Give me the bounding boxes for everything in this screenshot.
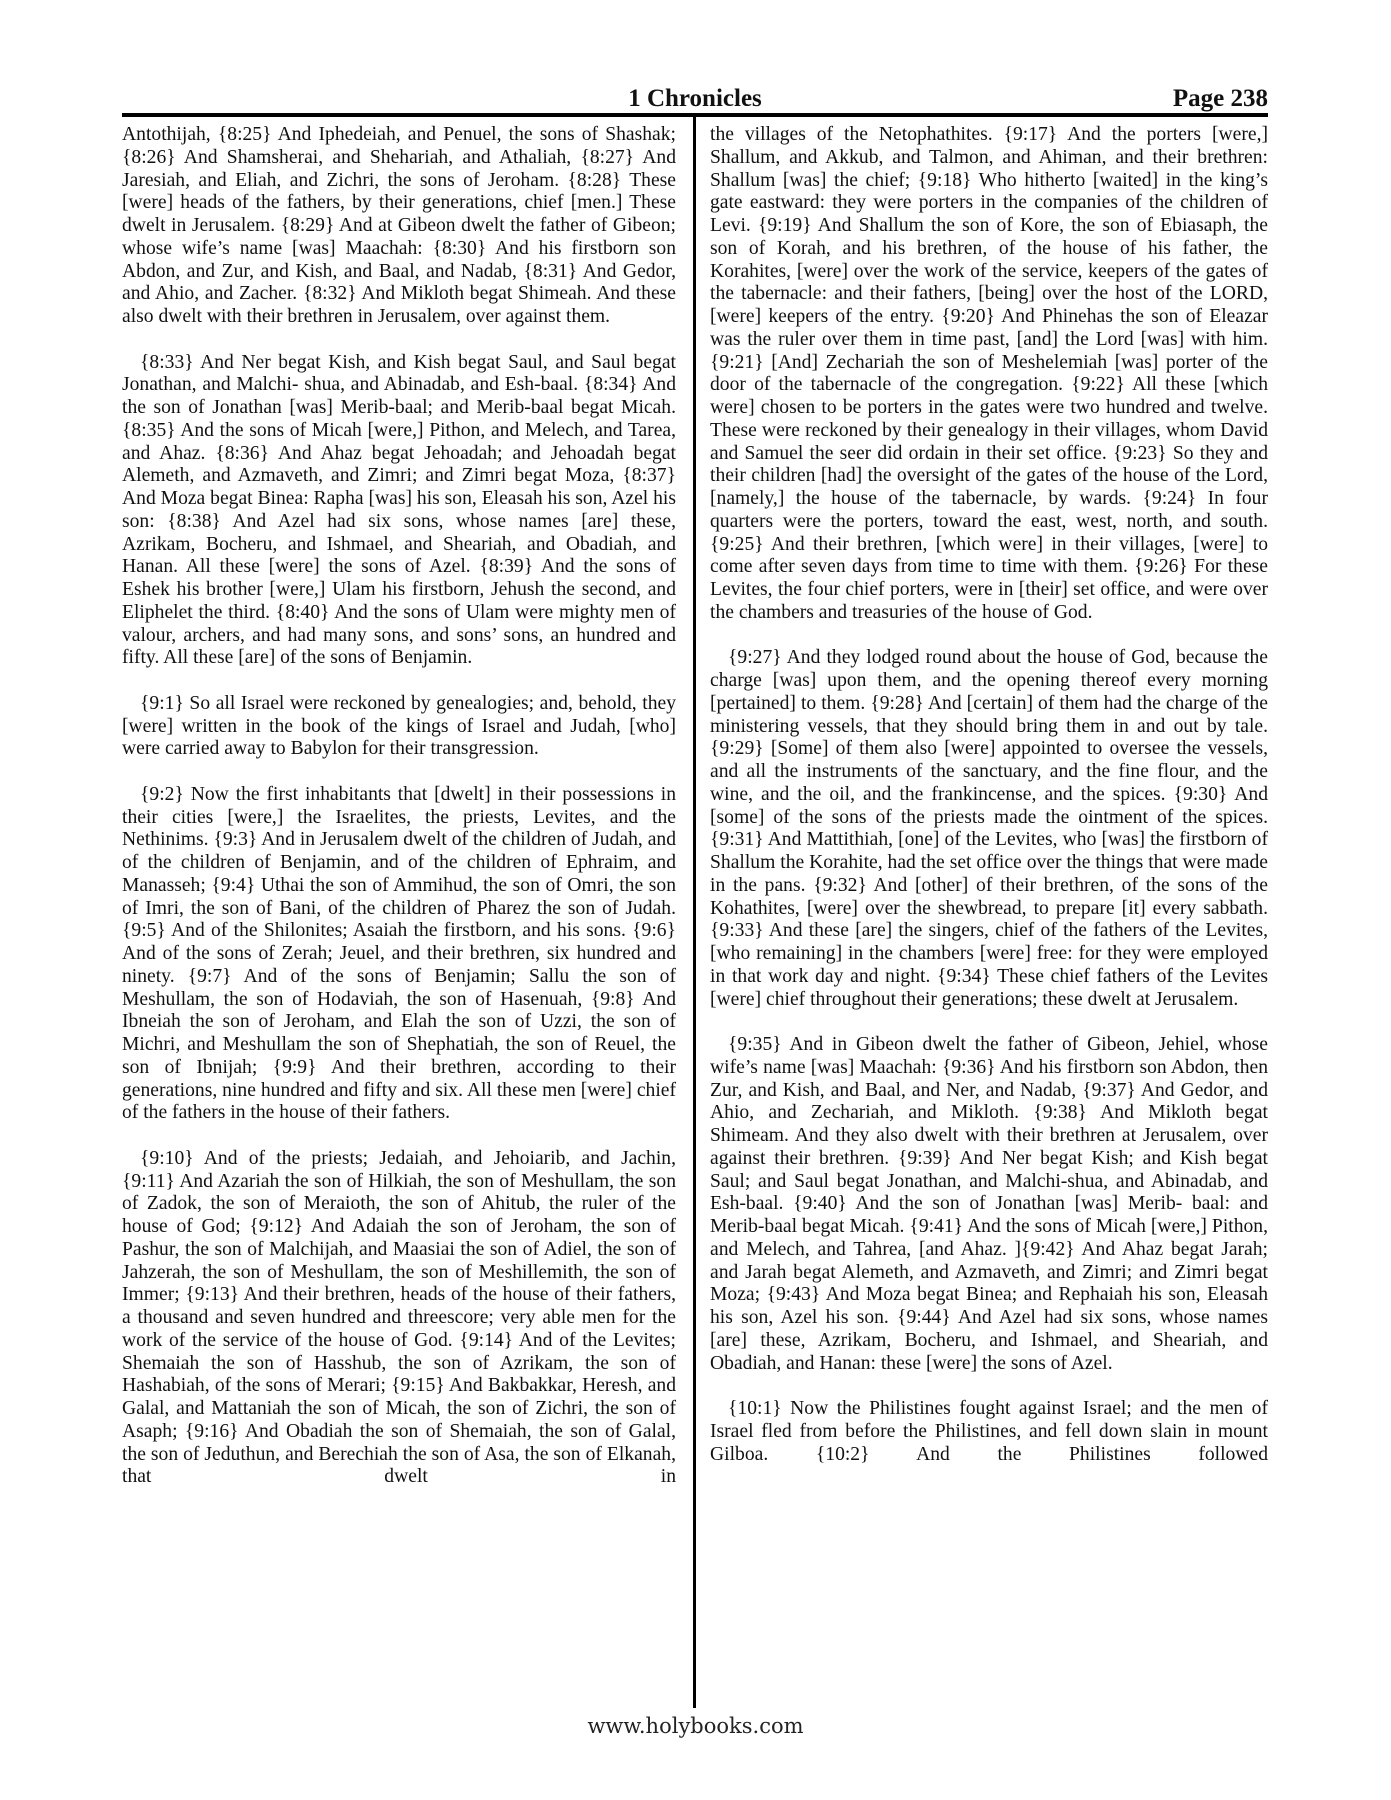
paragraph: {8:33} And Ner begat Kish, and Kish bega… [122,352,676,671]
left-column: Antothijah, {8:25} And Iphedeiah, and Pe… [122,124,676,1489]
paragraph: {9:1} So all Israel were reckoned by gen… [122,693,676,761]
column-divider [693,117,696,1708]
right-column: the villages of the Netophathites. {9:17… [710,124,1268,1466]
paragraph: {9:2} Now the first inhabitants that [dw… [122,784,676,1125]
paragraph: the villages of the Netophathites. {9:17… [710,124,1268,625]
footer-website: www.holybooks.com [0,1712,1391,1740]
book-title: 1 Chronicles [122,84,1268,114]
page-header: 1 Chronicles Page 238 [122,84,1268,114]
paragraph: {9:35} And in Gibeon dwelt the father of… [710,1034,1268,1375]
paragraph: {9:27} And they lodged round about the h… [710,647,1268,1011]
paragraph: Antothijah, {8:25} And Iphedeiah, and Pe… [122,124,676,329]
page-number: Page 238 [1173,84,1268,114]
paragraph: {10:1} Now the Philistines fought agains… [710,1398,1268,1466]
paragraph: {9:10} And of the priests; Jedaiah, and … [122,1148,676,1489]
